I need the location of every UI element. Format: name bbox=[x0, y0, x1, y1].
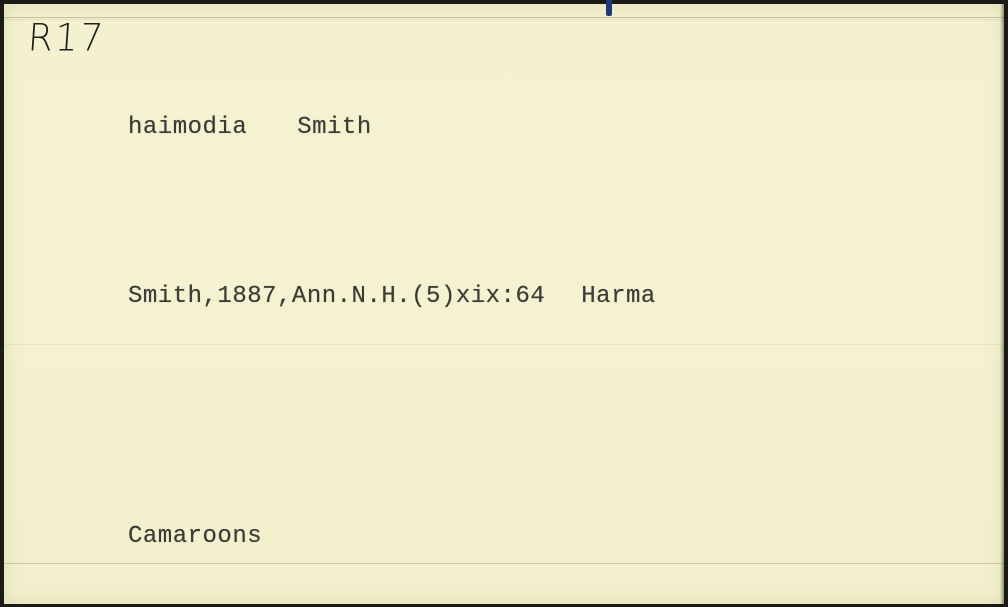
genus-author: Smith bbox=[297, 114, 372, 141]
citation: Smith,1887,Ann.N.H.(5)xix:64 bbox=[128, 283, 545, 310]
genus-line: haimodiaSmith bbox=[128, 114, 372, 141]
citation-line: Smith,1887,Ann.N.H.(5)xix:64Harma bbox=[128, 283, 656, 310]
bottom-rule-line bbox=[4, 563, 1004, 564]
related-genus: Harma bbox=[581, 283, 656, 310]
top-rule-line bbox=[4, 17, 1004, 18]
middle-rule-line bbox=[4, 344, 1004, 345]
handwritten-card-code: R17 bbox=[26, 17, 106, 60]
index-card: R17 haimodiaSmith Smith,1887,Ann.N.H.(5)… bbox=[4, 4, 1004, 604]
card-edge-shadow bbox=[1000, 4, 1004, 604]
locality: Camaroons bbox=[128, 523, 262, 550]
genus-name: haimodia bbox=[128, 114, 247, 141]
top-rule-line-secondary bbox=[4, 19, 1004, 20]
blue-tab-marker bbox=[606, 0, 612, 16]
